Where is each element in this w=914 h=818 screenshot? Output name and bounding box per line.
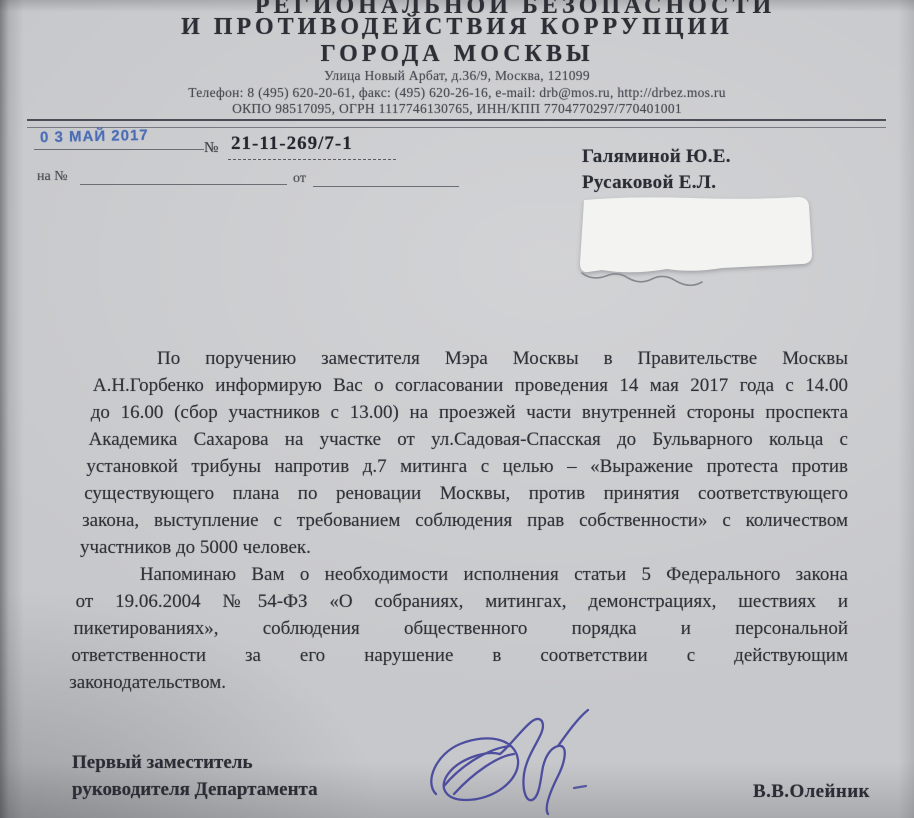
from-field-line [313, 185, 459, 187]
letterhead-address: Улица Новый Арбат, д.36/9, Москва, 12109… [0, 68, 914, 84]
body-line: По поручению заместителя Мэра Москвы в П… [95, 345, 848, 372]
scanned-letter-photo: РЕГИОНАЛЬНОЙ БЕЗОПАСНОСТИ И ПРОТИВОДЕЙСТ… [0, 0, 914, 818]
date-stamp: 0 3 МАЙ 2017 [40, 127, 149, 146]
letterhead-department-line-clipped: РЕГИОНАЛЬНОЙ БЕЗОПАСНОСТИ [0, 0, 914, 13]
body-line: закона, выступление с требованием соблюд… [82, 507, 848, 534]
body-line: существующего плана по реновации Москвы,… [84, 480, 848, 507]
torn-paper-strip [572, 190, 824, 290]
body-line: законодательством. [69, 669, 848, 696]
signature-dash [574, 786, 586, 788]
body-line: Академика Сахарова на участке от ул.Садо… [89, 426, 848, 453]
body-line: установкой трибуны напротив д.7 митинга … [86, 453, 848, 480]
outgoing-number: 21-11-269/7-1 [231, 133, 353, 155]
body-line: от 19.06.2004 №54-ФЗ «О собраниях, митин… [76, 588, 848, 615]
outgoing-number-line [228, 158, 396, 160]
from-label: от [293, 171, 306, 187]
number-sign: № [204, 140, 218, 157]
reply-to-field-line [80, 183, 287, 185]
date-field-line [34, 148, 204, 150]
letterhead-department-line2: И ПРОТИВОДЕЙСТВИЯ КОРРУПЦИИ [0, 14, 914, 40]
signatory-title-line1: Первый заместитель [72, 752, 253, 774]
letterhead-department-line-text: РЕГИОНАЛЬНОЙ БЕЗОПАСНОСТИ [255, 0, 775, 13]
signatory-name: В.В.Олейник [753, 781, 870, 803]
letterhead-department-line3: ГОРОДА МОСКВЫ [0, 41, 914, 67]
body-line: ответственности за его нарушение в соотв… [71, 642, 848, 669]
letterhead-divider-rule [27, 119, 886, 128]
body-line: Напоминаю Вам о необходимости исполнения… [78, 561, 848, 588]
body-line: участников до 5000 человек. [80, 534, 848, 561]
letterhead-contacts: Телефон: 8 (495) 620-20-61, факс: (495) … [0, 85, 914, 101]
signatory-title-line2: руководителя Департамента [72, 779, 318, 801]
body-line: пикетированиях», соблюдения общественног… [74, 615, 849, 642]
letter-body: По поручению заместителя Мэра Москвы в П… [95, 345, 848, 696]
body-line: А.Н.Горбенко информирую Вас о согласован… [93, 372, 848, 399]
addressee-name-1: Галяминой Ю.Е. [582, 146, 731, 168]
torn-edge-squiggle [582, 273, 702, 285]
body-line: до 16.00 (сбор участников с 13.00) на пр… [91, 399, 848, 426]
letterhead-registration-codes: ОКПО 98517095, ОГРН 1117746130765, ИНН/К… [0, 101, 914, 117]
signature-autograph [398, 702, 608, 818]
reply-to-label: на № [37, 169, 68, 185]
